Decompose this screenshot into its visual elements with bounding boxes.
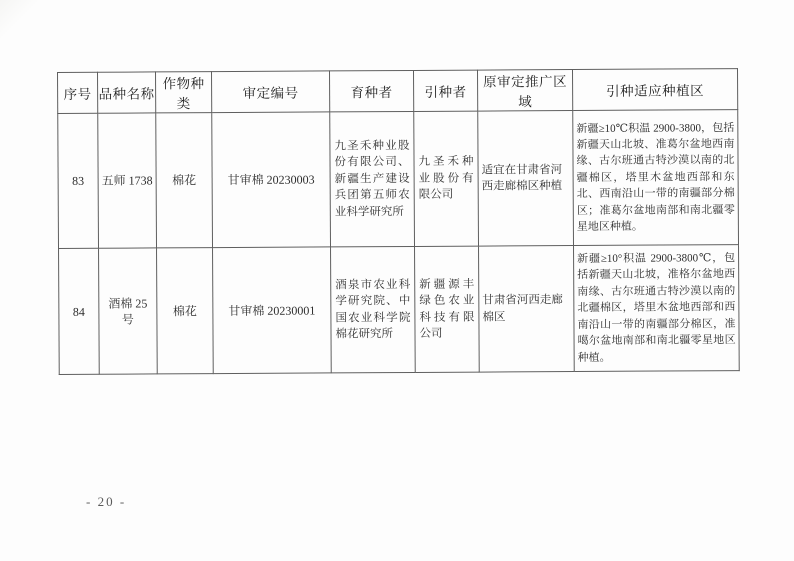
cell-variety: 五师 1738 xyxy=(98,113,157,248)
cell-approval: 甘审棉 20230001 xyxy=(213,247,332,374)
column-header-seq: 序号 xyxy=(58,72,98,113)
column-header-introducer: 引种者 xyxy=(413,70,477,111)
cell-introducer: 新疆源丰绿色农业科技有限公司 xyxy=(415,246,480,372)
cell-breeder: 酒泉市农业科学研究院、中国农业科学院棉花研究所 xyxy=(331,246,416,372)
column-header-original-region: 原审定推广区域 xyxy=(477,70,572,112)
cell-approval: 甘审棉 20230003 xyxy=(212,112,331,248)
table-body: 83 五师 1738 棉花 甘审棉 20230003 九圣禾种业股份有限公司、新… xyxy=(58,110,739,375)
cell-breeder: 九圣禾种业股份有限公司、新疆生产建设兵团第五师农业科学研究所 xyxy=(330,111,415,246)
cell-seq: 84 xyxy=(59,248,100,374)
header-row: 序号 品种名称 作物种类 审定编号 育种者 引种者 原审定推广区域 引种适应种植… xyxy=(58,69,738,114)
cell-introducer: 九圣禾种业股份有限公司 xyxy=(414,111,479,246)
document-page: 序号 品种名称 作物种类 审定编号 育种者 引种者 原审定推广区域 引种适应种植… xyxy=(0,0,794,561)
column-header-adapted-region: 引种适应种植区 xyxy=(572,69,737,111)
table-header: 序号 品种名称 作物种类 审定编号 育种者 引种者 原审定推广区域 引种适应种植… xyxy=(58,69,738,114)
column-header-breeder: 育种者 xyxy=(329,70,413,111)
cell-original-region: 适宜在甘肃省河西走廊棉区种植 xyxy=(478,111,574,247)
table-row: 84 酒棉 25 号 棉花 甘审棉 20230001 酒泉市农业科学研究院、中国… xyxy=(59,245,740,375)
column-header-approval: 审定编号 xyxy=(212,71,330,113)
page-number: - 20 - xyxy=(86,494,126,510)
table-row: 83 五师 1738 棉花 甘审棉 20230003 九圣禾种业股份有限公司、新… xyxy=(58,110,739,249)
cell-variety: 酒棉 25 号 xyxy=(99,248,158,374)
cell-adapted-region: 新疆≥10°积温 2900-3800℃，包括新疆天山北坡，准格尔盆地西南缘、古尔… xyxy=(574,245,740,372)
column-header-variety: 品种名称 xyxy=(98,72,156,113)
variety-introduction-table-wrap: 序号 品种名称 作物种类 审定编号 育种者 引种者 原审定推广区域 引种适应种植… xyxy=(57,68,739,375)
variety-introduction-table: 序号 品种名称 作物种类 审定编号 育种者 引种者 原审定推广区域 引种适应种植… xyxy=(57,68,740,375)
cell-crop: 棉花 xyxy=(156,113,213,248)
cell-original-region: 甘肃省河西走廊棉区 xyxy=(479,246,575,373)
column-header-crop: 作物种类 xyxy=(156,72,212,113)
cell-adapted-region: 新疆≥10℃积温 2900-3800，包括新疆天山北坡、准葛尔盆地西南缘、古尔班… xyxy=(573,110,739,246)
cell-crop: 棉花 xyxy=(157,248,214,374)
cell-seq: 83 xyxy=(58,113,99,248)
